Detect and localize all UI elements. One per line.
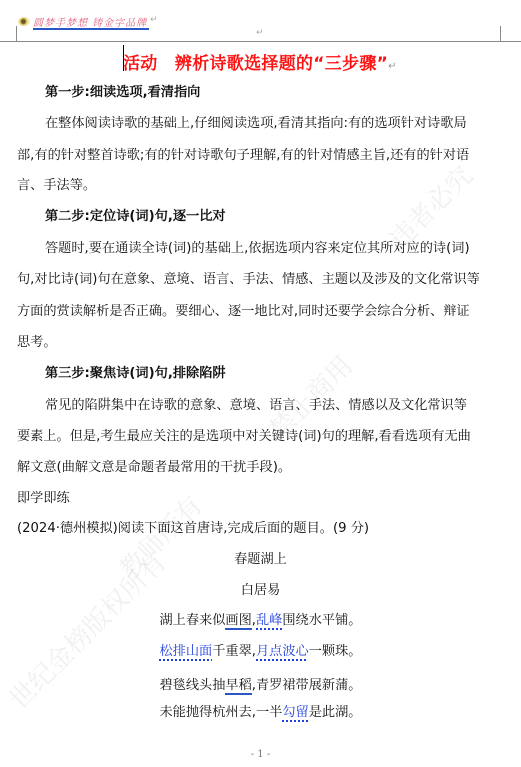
poem-text: ,青罗裙带展新蒲。 xyxy=(252,678,362,693)
emphasized-phrase: 乱峰 xyxy=(256,613,282,628)
emphasized-phrase: 松排山面 xyxy=(159,644,212,659)
poem-text: 千重翠, xyxy=(212,644,256,659)
poem-line[interactable]: 松排山面千重翠,月点波心一颗珠。 xyxy=(0,642,521,662)
section-heading[interactable]: 第三步:聚焦诗(词)句,排除陷阱 xyxy=(45,364,521,384)
margin-corner-right xyxy=(500,26,501,42)
poem-text: 未能抛得杭州去,一半 xyxy=(159,705,282,720)
poem-text: 围绕水平铺。 xyxy=(282,613,361,628)
paragraph-line[interactable]: 句,对比诗(词)句在意象、意境、语言、手法、情感、主题以及涉及的文化常识等 xyxy=(17,270,507,290)
paragraph-mark-icon: ↵ xyxy=(388,61,397,72)
header-underline xyxy=(33,28,149,30)
paragraph-line[interactable]: 思考。 xyxy=(17,333,507,353)
section-heading[interactable]: 第二步:定位诗(词)句,逐一比对 xyxy=(45,207,521,227)
page-number: - 1 - xyxy=(0,749,521,760)
paragraph-line[interactable]: 方面的赏读解析是否正确。要细心、逐一地比对,同时还要学会综合分析、辩证 xyxy=(17,302,507,322)
poem-text: 是此湖。 xyxy=(309,705,362,720)
paragraph-line[interactable]: 部,有的针对整首诗歌;有的针对诗歌句子理解,有的针对情感主旨,还有的针对语 xyxy=(17,146,507,166)
section-heading[interactable]: 第一步:细读选项,看清指向 xyxy=(45,83,521,103)
header-rule xyxy=(0,41,521,42)
poem-text: 湖上春来似 xyxy=(159,613,225,628)
poem-line[interactable]: 湖上春来似画图,乱峰围绕水平铺。 xyxy=(0,611,521,631)
poem-line[interactable]: 碧毯线头抽早稻,青罗裙带展新蒲。 xyxy=(0,676,521,696)
margin-corner-left xyxy=(16,26,17,42)
emphasized-phrase: 月点波心 xyxy=(256,644,309,659)
paragraph-mark-icon: ↵ xyxy=(150,15,158,25)
paragraph-line[interactable]: 言、手法等。 xyxy=(17,176,507,196)
paragraph-mark-icon: ↵ xyxy=(256,28,264,38)
paragraph-line[interactable]: 常见的陷阱集中在诗歌的意象、意境、语言、手法、情感以及文化常识等 xyxy=(45,396,521,416)
practice-label[interactable]: 即学即练 xyxy=(17,489,507,509)
highlighted-phrase: 画图 xyxy=(225,613,251,630)
paragraph-line[interactable]: 在整体阅读诗歌的基础上,仔细阅读选项,看清其指向:有的选项针对诗歌局 xyxy=(45,114,521,134)
question-prompt[interactable]: (2024·德州模拟)阅读下面这首唐诗,完成后面的题目。(9 分) xyxy=(17,519,507,539)
highlighted-phrase: 早稻 xyxy=(225,678,251,695)
poem-text: 一颗珠。 xyxy=(309,644,362,659)
poem-text: 碧毯线头抽 xyxy=(159,678,225,693)
paragraph-line[interactable]: 要素上。但是,考生最应关注的是选项中对关键诗(词)句的理解,看看选项有无曲 xyxy=(17,427,507,447)
page-header: 圆梦手梦想 铸金字品牌 ↵ ↵ xyxy=(0,0,521,42)
paragraph-line[interactable]: 答题时,要在通读全诗(词)的基础上,依据选项内容来定位其所对应的诗(词) xyxy=(45,239,521,259)
poem-title[interactable]: 春题湖上 xyxy=(0,550,521,570)
paragraph-line[interactable]: 解文意(曲解文意是命题者最常用的干扰手段)。 xyxy=(17,458,507,478)
logo-icon xyxy=(18,17,30,26)
emphasized-phrase: 勾留 xyxy=(282,705,308,720)
poem-author[interactable]: 白居易 xyxy=(0,581,521,601)
page-title[interactable]: 活动 辨析诗歌选择题的“三步骤”↵ xyxy=(123,49,397,74)
poem-line[interactable]: 未能抛得杭州去,一半勾留是此湖。 xyxy=(0,703,521,723)
header-slogan: 圆梦手梦想 铸金字品牌 xyxy=(33,14,147,29)
